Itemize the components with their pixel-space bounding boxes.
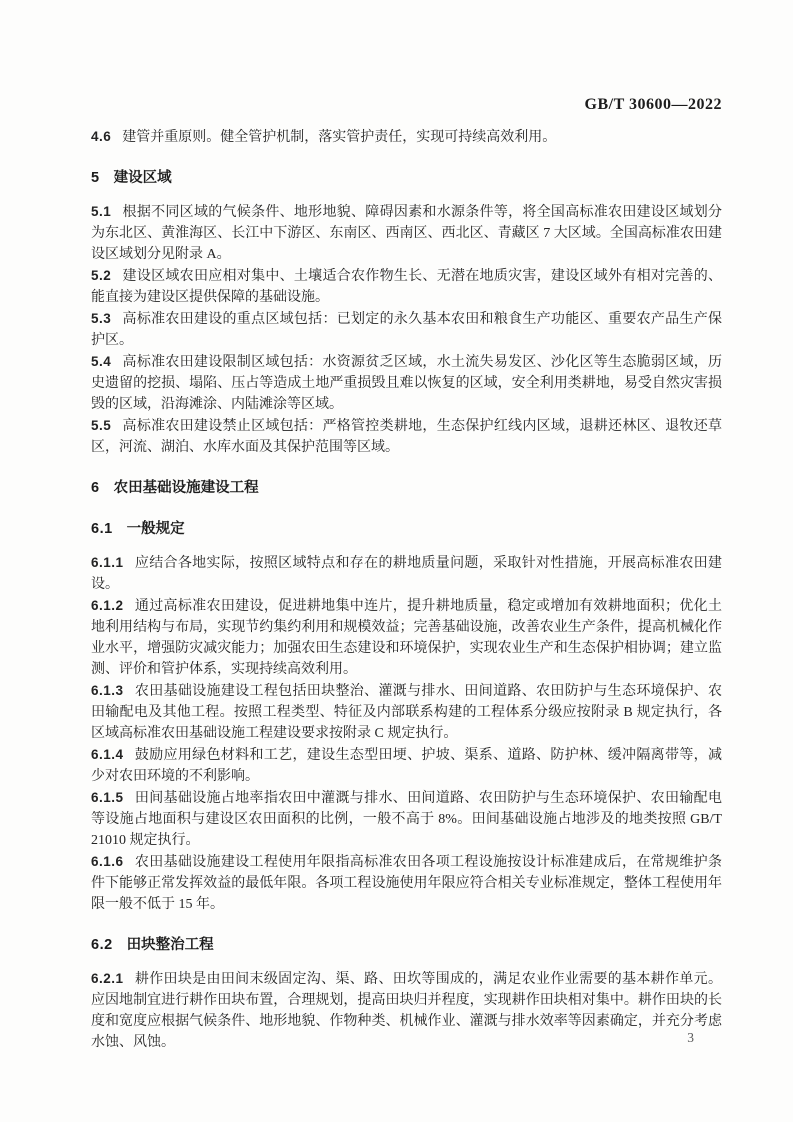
heading-number: 6.2 bbox=[91, 937, 113, 953]
clause-paragraph: 6.1.6农田基础设施建设工程使用年限指高标准农田各项工程设施按设计标准建成后，… bbox=[91, 851, 722, 915]
clause-number: 5.2 bbox=[91, 268, 111, 283]
clause-text: 高标准农田建设限制区域包括：水资源贫乏区域，水土流失易发区、沙化区等生态脆弱区域… bbox=[91, 355, 722, 412]
clause-text: 田间基础设施占地率指农田中灌溉与排水、田间道路、农田防护与生态环境保护、农田输配… bbox=[91, 791, 722, 848]
heading-title: 一般规定 bbox=[127, 521, 185, 537]
clause-text: 根据不同区域的气候条件、地形地貌、障碍因素和水源条件等，将全国高标准农田建设区域… bbox=[91, 205, 722, 262]
clause-paragraph: 6.2.1耕作田块是由田间末级固定沟、渠、路、田坎等围成的，满足农业作业需要的基… bbox=[91, 968, 722, 1053]
section-heading: 5建设区域 bbox=[91, 168, 722, 189]
clause-number: 4.6 bbox=[91, 129, 111, 144]
clause-number: 6.1.1 bbox=[91, 555, 124, 570]
clause-paragraph: 6.1.3农田基础设施建设工程包括田块整治、灌溉与排水、田间道路、农田防护与生态… bbox=[91, 680, 722, 744]
clause-text: 农田基础设施建设工程使用年限指高标准农田各项工程设施按设计标准建成后，在常规维护… bbox=[91, 855, 722, 912]
clause-paragraph: 6.1.1应结合各地实际，按照区域特点和存在的耕地质量问题，采取针对性措施，开展… bbox=[91, 552, 722, 595]
page-number: 3 bbox=[687, 1030, 694, 1045]
clause-number: 6.1.5 bbox=[91, 790, 124, 805]
document-body: 4.6建管并重原则。健全管护机制，落实管护责任，实现可持续高效利用。 5建设区域… bbox=[91, 126, 722, 1053]
clause-paragraph: 6.1.5田间基础设施占地率指农田中灌溉与排水、田间道路、农田防护与生态环境保护… bbox=[91, 787, 722, 851]
heading-title: 建设区域 bbox=[114, 170, 172, 186]
heading-number: 6 bbox=[91, 480, 100, 496]
heading-number: 5 bbox=[91, 170, 100, 186]
standard-number: GB/T 30600—2022 bbox=[585, 96, 722, 114]
scanned-standard-page: GB/T 30600—2022 4.6建管并重原则。健全管护机制，落实管护责任，… bbox=[0, 0, 793, 1122]
section-heading: 6.1一般规定 bbox=[91, 519, 722, 540]
clause-number: 5.4 bbox=[91, 354, 111, 369]
clause-text: 高标准农田建设禁止区域包括：严格管控类耕地，生态保护红线内区域，退耕还林区、退牧… bbox=[91, 419, 722, 455]
clause-text: 建设区域农田应相对集中、土壤适合农作物生长、无潜在地质灾害，建设区域外有相对完善… bbox=[91, 269, 722, 305]
clause-paragraph: 5.3高标准农田建设的重点区域包括：已划定的永久基本农田和粮食生产功能区、重要农… bbox=[91, 308, 722, 351]
clause-number: 5.5 bbox=[91, 418, 111, 433]
clause-number: 6.1.6 bbox=[91, 854, 124, 869]
clause-number: 6.1.4 bbox=[91, 747, 124, 762]
section-heading: 6农田基础设施建设工程 bbox=[91, 478, 722, 499]
clause-paragraph: 5.2建设区域农田应相对集中、土壤适合农作物生长、无潜在地质灾害，建设区域外有相… bbox=[91, 265, 722, 308]
clause-text: 耕作田块是由田间末级固定沟、渠、路、田坎等围成的，满足农业作业需要的基本耕作单元… bbox=[91, 972, 722, 1050]
clause-paragraph: 4.6建管并重原则。健全管护机制，落实管护责任，实现可持续高效利用。 bbox=[91, 126, 722, 148]
clause-text: 建管并重原则。健全管护机制，落实管护责任，实现可持续高效利用。 bbox=[122, 130, 556, 145]
clause-paragraph: 6.1.2通过高标准农田建设，促进耕地集中连片，提升耕地质量，稳定或增加有效耕地… bbox=[91, 595, 722, 680]
heading-number: 6.1 bbox=[91, 521, 113, 537]
clause-number: 5.3 bbox=[91, 311, 111, 326]
clause-text: 应结合各地实际，按照区域特点和存在的耕地质量问题，采取针对性措施，开展高标准农田… bbox=[91, 556, 722, 592]
heading-title: 田块整治工程 bbox=[127, 937, 214, 953]
clause-number: 6.1.2 bbox=[91, 598, 124, 613]
clause-text: 农田基础设施建设工程包括田块整治、灌溉与排水、田间道路、农田防护与生态环境保护、… bbox=[91, 684, 722, 741]
clause-text: 鼓励应用绿色材料和工艺，建设生态型田埂、护坡、渠系、道路、防护林、缓冲隔离带等，… bbox=[91, 748, 722, 784]
heading-title: 农田基础设施建设工程 bbox=[114, 480, 259, 496]
clause-paragraph: 5.1根据不同区域的气候条件、地形地貌、障碍因素和水源条件等，将全国高标准农田建… bbox=[91, 201, 722, 265]
clause-number: 6.2.1 bbox=[91, 971, 124, 986]
clause-text: 高标准农田建设的重点区域包括：已划定的永久基本农田和粮食生产功能区、重要农产品生… bbox=[91, 312, 722, 348]
clause-paragraph: 5.4高标准农田建设限制区域包括：水资源贫乏区域，水土流失易发区、沙化区等生态脆… bbox=[91, 351, 722, 415]
clause-paragraph: 6.1.4鼓励应用绿色材料和工艺，建设生态型田埂、护坡、渠系、道路、防护林、缓冲… bbox=[91, 744, 722, 787]
clause-number: 6.1.3 bbox=[91, 683, 124, 698]
clause-text: 通过高标准农田建设，促进耕地集中连片，提升耕地质量，稳定或增加有效耕地面积；优化… bbox=[91, 599, 722, 677]
clause-number: 5.1 bbox=[91, 204, 111, 219]
clause-paragraph: 5.5高标准农田建设禁止区域包括：严格管控类耕地，生态保护红线内区域，退耕还林区… bbox=[91, 415, 722, 458]
section-heading: 6.2田块整治工程 bbox=[91, 935, 722, 956]
